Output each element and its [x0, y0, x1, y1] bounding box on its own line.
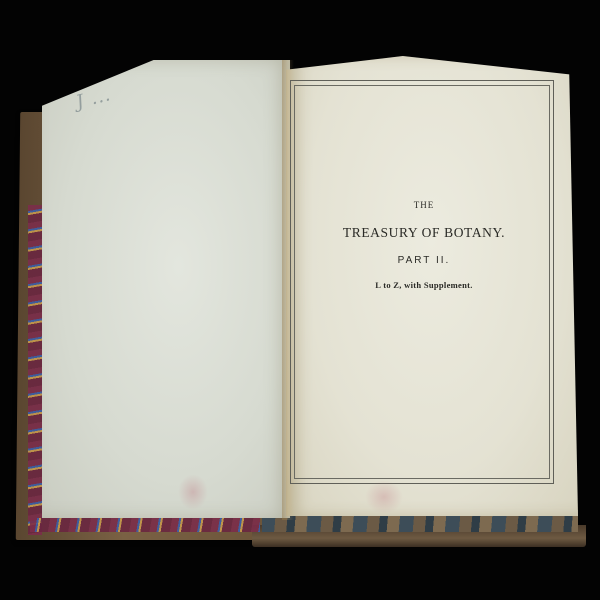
volume-subtitle: L to Z, with Supplement.: [300, 280, 548, 290]
foxing-stain-right: [365, 480, 403, 514]
title-block: THE TREASURY OF BOTANY. PART II. L to Z,…: [300, 200, 548, 290]
marbled-endpaper-edge-bottom: [30, 518, 260, 532]
marbled-endpaper-edge-left: [28, 205, 42, 535]
part-number: PART II.: [300, 255, 548, 266]
title-article: THE: [300, 200, 548, 210]
foxing-stain-left: [178, 474, 208, 510]
left-page: [42, 60, 290, 518]
photo-background: J ... THE TREASURY OF BOTANY. PART II. L…: [0, 0, 600, 600]
book-title: TREASURY OF BOTANY.: [300, 225, 548, 241]
